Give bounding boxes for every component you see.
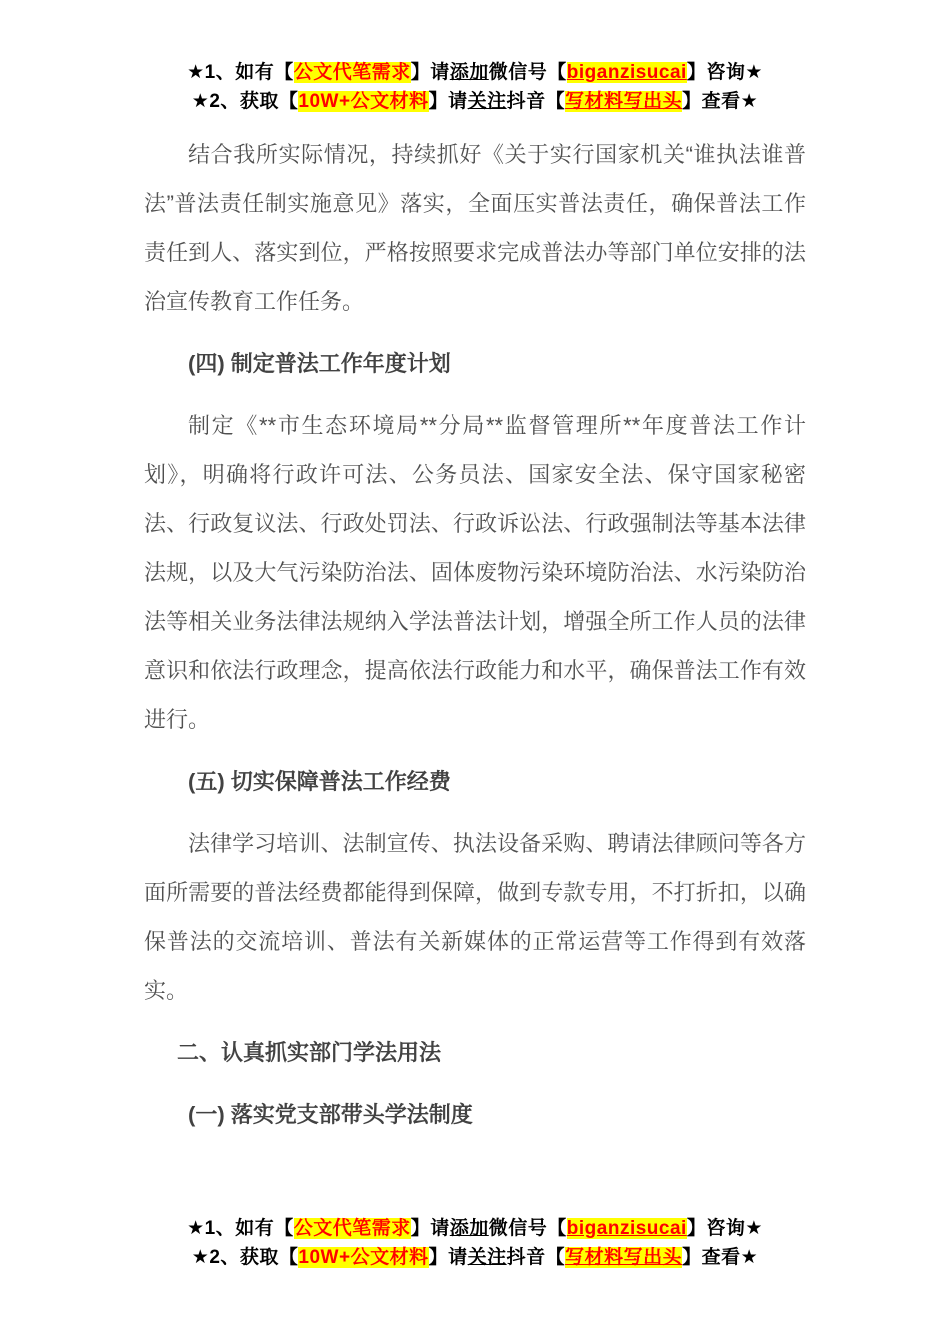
promo-header-line-1: ★1、如有【公文代笔需求】请添加微信号【biganzisucai】咨询★ [0,58,950,87]
promo-text: ★2、获取【 [192,91,299,112]
promo-underline-text: 关注 [468,1247,507,1268]
promo-footer-line-1: ★1、如有【公文代笔需求】请添加微信号【biganzisucai】咨询★ [0,1214,950,1243]
promo-highlight-text: 10W+公文材料 [298,1247,428,1268]
promo-text: 】咨询★ [687,62,763,83]
promo-highlight-text: biganzisucai [567,1218,687,1239]
promo-footer-line-2: ★2、获取【10W+公文材料】请关注抖音【写材料写出头】查看★ [0,1243,950,1272]
promo-highlight-text: biganzisucai [567,62,687,83]
promo-highlight-text: 公文代笔需求 [294,1218,411,1239]
promo-text: 微信号【 [489,62,567,83]
promo-highlight-text: 公文代笔需求 [294,62,411,83]
promo-highlight-text: 写材料写出头 [565,1247,682,1268]
subsection-heading: (四) 制定普法工作年度计划 [144,339,806,388]
promo-footer: ★1、如有【公文代笔需求】请添加微信号【biganzisucai】咨询★ ★2、… [0,1214,950,1272]
promo-text: 】请 [429,91,468,112]
promo-text: 】查看★ [682,91,758,112]
promo-text: 微信号【 [489,1218,567,1239]
subsection-heading: (一) 落实党支部带头学法制度 [144,1090,806,1139]
promo-text: 抖音【 [507,1247,566,1268]
promo-header-line-2: ★2、获取【10W+公文材料】请关注抖音【写材料写出头】查看★ [0,87,950,116]
promo-text: ★2、获取【 [192,1247,299,1268]
promo-text: 】请 [411,62,450,83]
body-paragraph: 制定《**市生态环境局**分局**监督管理所**年度普法工作计划》，明确将行政许… [144,401,806,744]
promo-underline-text: 关注 [468,91,507,112]
promo-underline-text: 添加 [450,62,489,83]
promo-highlight-text: 10W+公文材料 [298,91,428,112]
promo-underline-text: 添加 [450,1218,489,1239]
promo-text: ★1、如有【 [187,1218,294,1239]
promo-header: ★1、如有【公文代笔需求】请添加微信号【biganzisucai】咨询★ ★2、… [0,0,950,116]
body-paragraph: 法律学习培训、法制宣传、执法设备采购、聘请法律顾问等各方面所需要的普法经费都能得… [144,819,806,1015]
document-page: ★1、如有【公文代笔需求】请添加微信号【biganzisucai】咨询★ ★2、… [0,0,950,1344]
promo-text: 】请 [429,1247,468,1268]
promo-text: 抖音【 [507,91,566,112]
body-paragraph: 结合我所实际情况，持续抓好《关于实行国家机关“谁执法谁普法”普法责任制实施意见》… [144,130,806,326]
promo-text: 】查看★ [682,1247,758,1268]
subsection-heading: (五) 切实保障普法工作经费 [144,757,806,806]
promo-text: ★1、如有【 [187,62,294,83]
promo-text: 】请 [411,1218,450,1239]
promo-text: 】咨询★ [687,1218,763,1239]
section-heading: 二、认真抓实部门学法用法 [144,1028,806,1077]
document-body: 结合我所实际情况，持续抓好《关于实行国家机关“谁执法谁普法”普法责任制实施意见》… [144,130,806,1139]
promo-highlight-text: 写材料写出头 [565,91,682,112]
